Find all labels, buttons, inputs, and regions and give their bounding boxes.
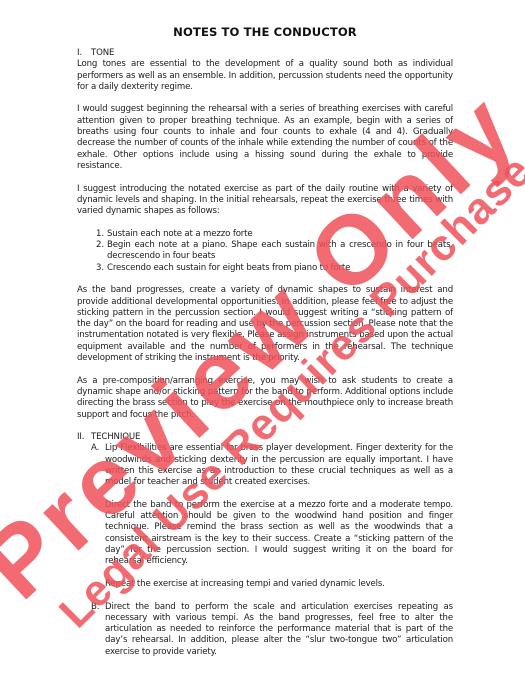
paragraph: As the band progresses, create a variety… [77, 285, 453, 364]
spacer [77, 590, 453, 601]
paragraph: I would suggest beginning the rehearsal … [77, 104, 453, 172]
subsection-a: A. Lip Flexibilities are essential for b… [77, 443, 453, 590]
paragraph: Lip Flexibilities are essential for bras… [105, 443, 453, 488]
list-text: Sustain each note at a mezzo forte [107, 229, 453, 240]
subsection-letter: B. [91, 602, 105, 658]
section-heading-tone: I. TONE [77, 48, 453, 59]
list-item: 1. Sustain each note at a mezzo forte [96, 229, 453, 240]
document-content: NOTES TO THE CONDUCTOR I. TONE Long tone… [77, 25, 453, 658]
subsection-letter: A. [91, 443, 105, 590]
subsection-body: Direct the band to perform the scale and… [105, 602, 453, 658]
list-item: 2. Begin each note at a piano. Shape eac… [96, 240, 453, 263]
list-item: 3. Crescendo each sustain for eight beat… [96, 263, 453, 274]
list-number: 3. [96, 263, 107, 274]
paragraph: As a pre-composition/arranging exercise,… [77, 376, 453, 421]
section-title: TONE [91, 48, 114, 59]
paragraph: Direct the band to perform the exercise … [105, 500, 453, 568]
paragraph: I suggest introducing the notated exerci… [77, 184, 453, 218]
subsection-b: B. Direct the band to perform the scale … [77, 602, 453, 658]
subsection-body: Lip Flexibilities are essential for bras… [105, 443, 453, 590]
list-number: 1. [96, 229, 107, 240]
dynamic-shapes-list: 1. Sustain each note at a mezzo forte 2.… [77, 229, 453, 274]
section-title: TECHNIQUE [91, 432, 140, 443]
paragraph: Repeat the exercise at increasing tempi … [105, 579, 453, 590]
section-number: I. [77, 48, 91, 59]
paragraph: Direct the band to perform the scale and… [105, 602, 453, 658]
document-page: NOTES TO THE CONDUCTOR I. TONE Long tone… [0, 0, 525, 700]
list-text: Begin each note at a piano. Shape each s… [107, 240, 453, 263]
page-title: NOTES TO THE CONDUCTOR [77, 25, 453, 39]
section-heading-technique: II. TECHNIQUE [77, 432, 453, 443]
paragraph: Long tones are essential to the developm… [77, 59, 453, 93]
list-number: 2. [96, 240, 107, 263]
section-number: II. [77, 432, 91, 443]
list-text: Crescendo each sustain for eight beats f… [107, 263, 453, 274]
